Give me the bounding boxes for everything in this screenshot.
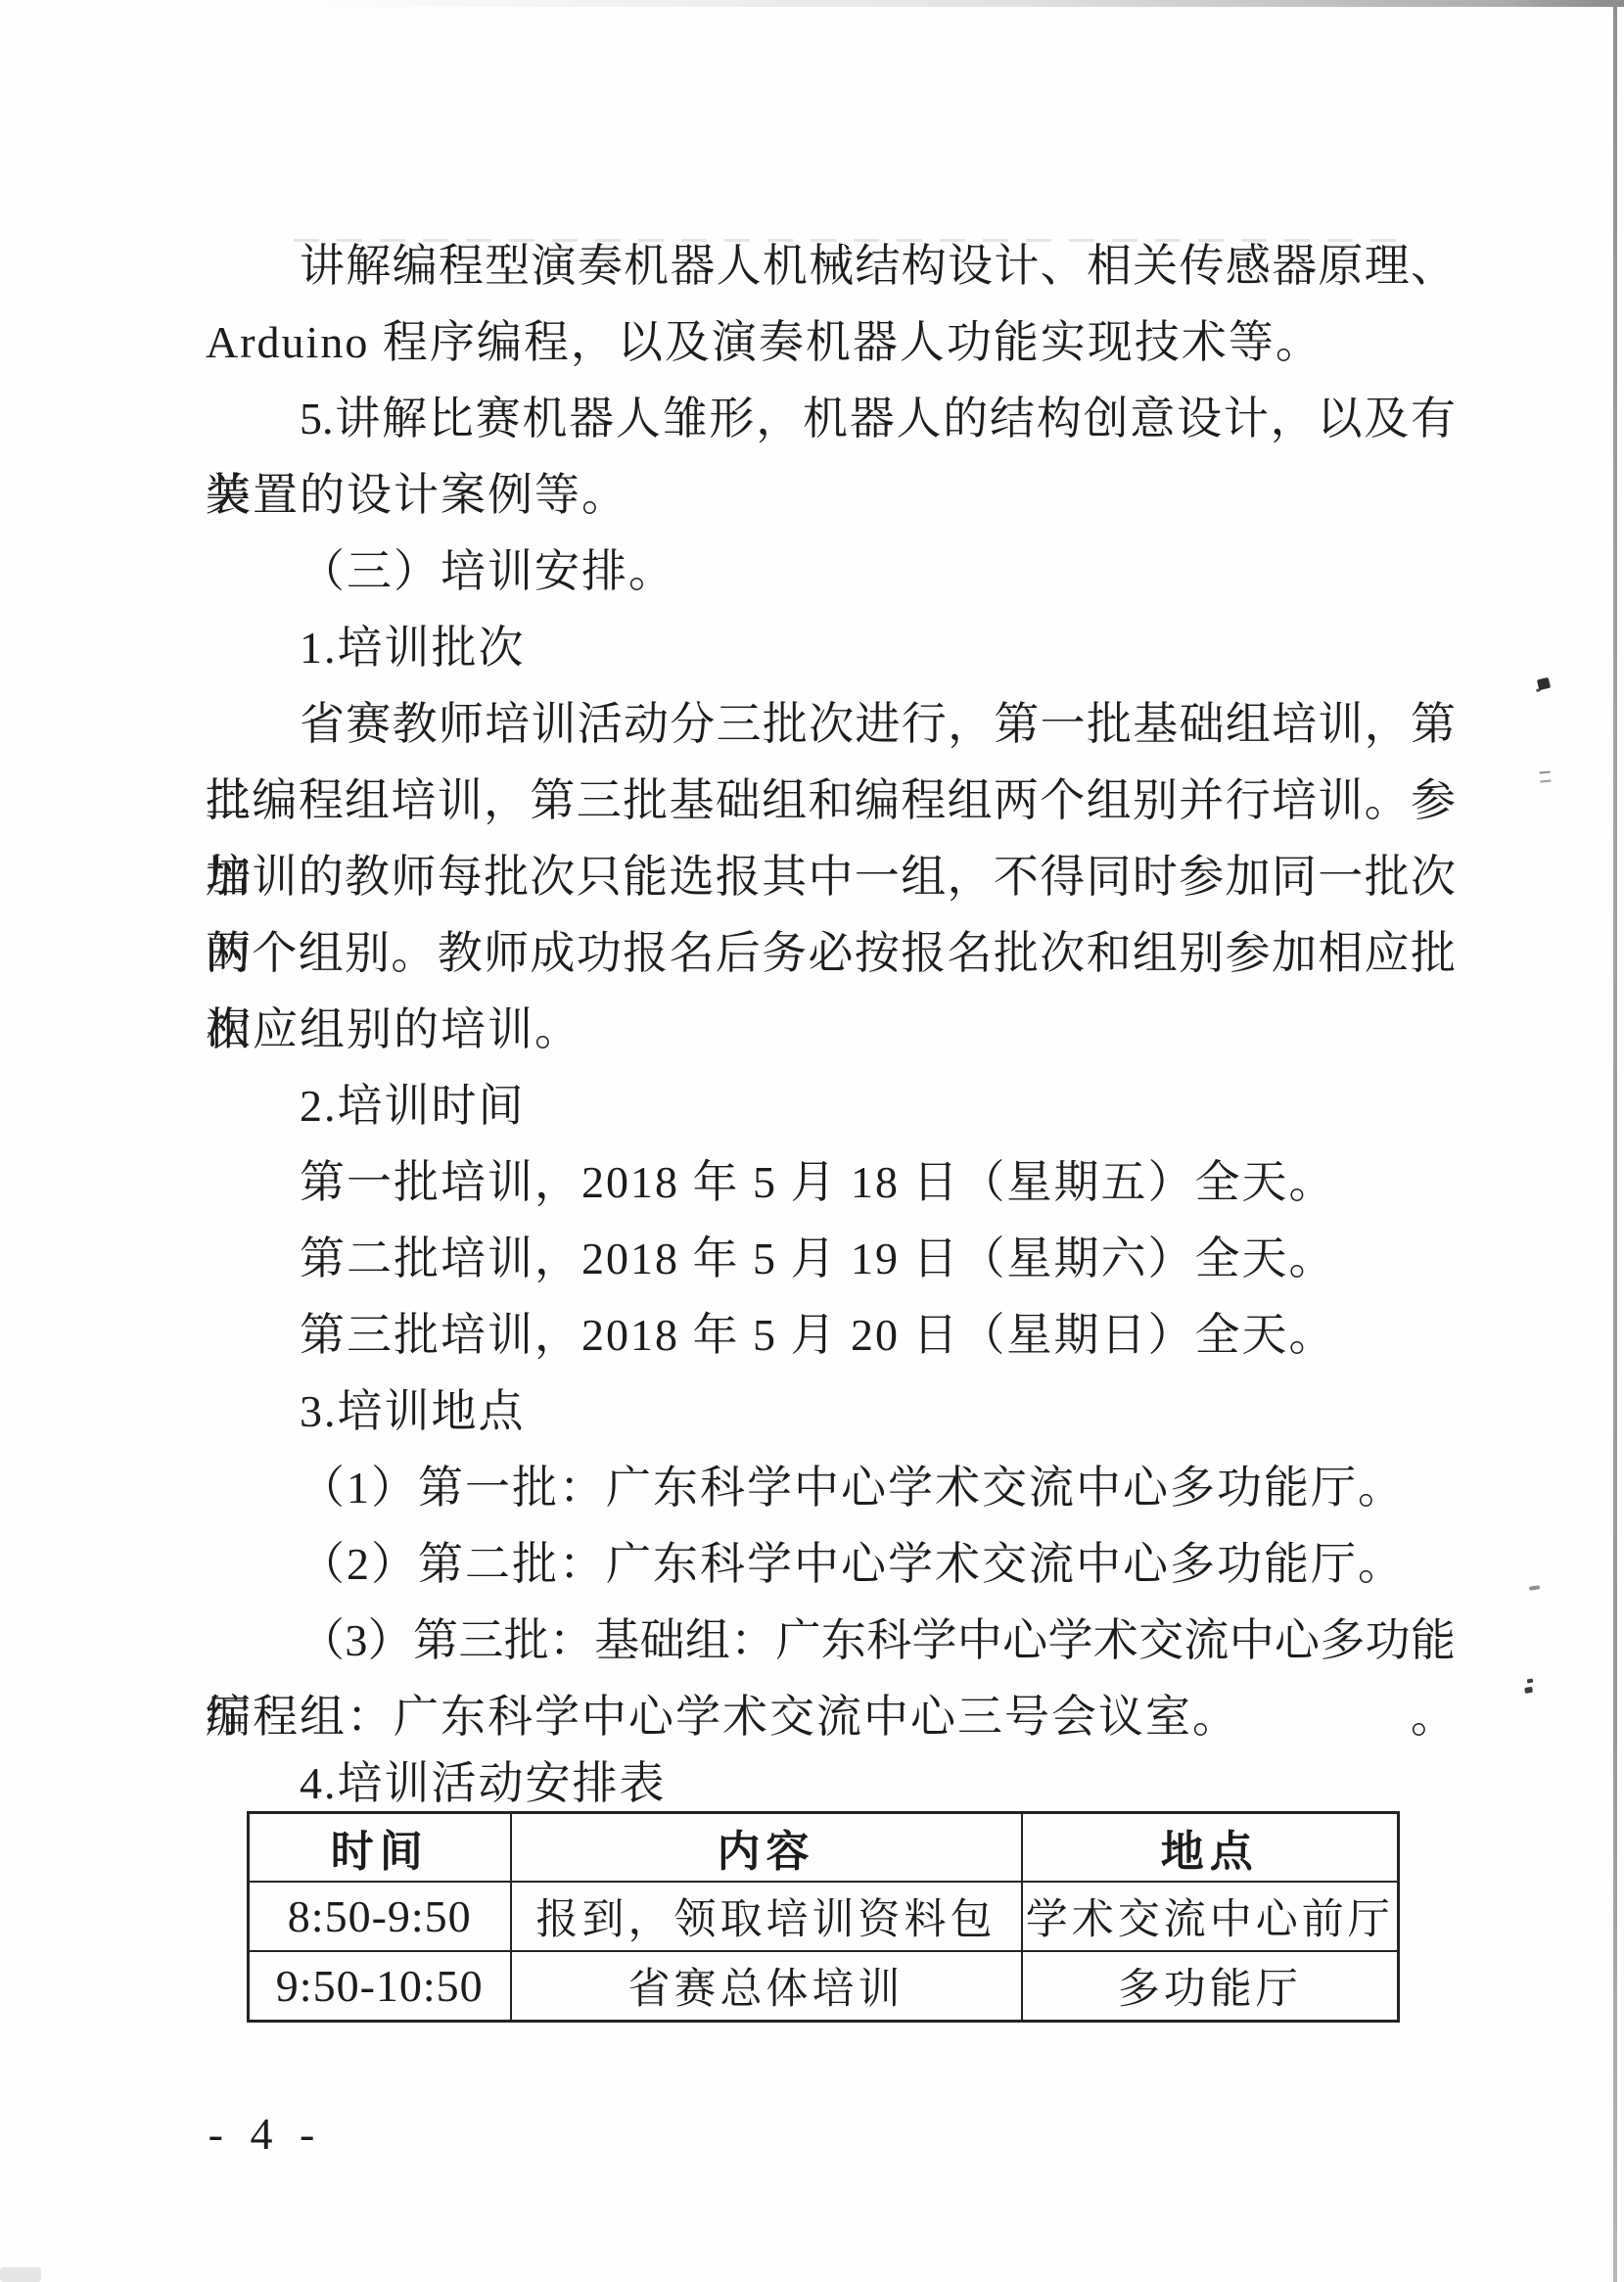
paragraph-line: 培训的教师每批次只能选报其中一组，不得同时参加同一批次的 (206, 839, 1456, 915)
table-row: 8:50-9:50 报到，领取培训资料包 学术交流中心前厅 (249, 1882, 1399, 1951)
paragraph-line: 两个组别。教师成功报名后务必按报名批次和组别参加相应批次 (206, 915, 1456, 992)
scan-speck (1527, 1679, 1534, 1684)
location-line-1: （1）第一批：广东科学中心学术交流中心多功能厅。 (206, 1450, 1456, 1526)
paragraph-line: 装置的设计案例等。 (206, 457, 1456, 534)
location-line-2: （2）第二批：广东科学中心学术交流中心多功能厅。 (206, 1526, 1456, 1603)
table-cell-time: 9:50-10:50 (249, 1951, 511, 2022)
paragraph-line: 相应组别的培训。 (206, 992, 1456, 1068)
table-cell-time: 8:50-9:50 (249, 1882, 511, 1951)
table-cell-content: 报到，领取培训资料包 (511, 1882, 1022, 1951)
table-cell-content: 省赛总体培训 (511, 1951, 1022, 2022)
location-line-3: （3）第三批：基础组：广东科学中心学术交流中心多功能厅。 (206, 1603, 1456, 1679)
scan-speck (1540, 771, 1552, 783)
training-date-line-3: 第三批培训，2018 年 5 月 20 日（星期日）全天。 (206, 1297, 1456, 1374)
table-header-time: 时间 (249, 1813, 511, 1883)
scan-right-edge-line (1613, 0, 1617, 2282)
scan-corner-mark (0, 2267, 41, 2282)
table-row: 9:50-10:50 省赛总体培训 多功能厅 (249, 1951, 1399, 2022)
subsection-4-heading: 4.培训活动安排表 (206, 1755, 1456, 1811)
paragraph-line: Arduino 程序编程，以及演奏机器人功能实现技术等。 (206, 304, 1456, 381)
paragraph-line: 讲解编程型演奏机器人机械结构设计、相关传感器原理、 (206, 228, 1456, 304)
scan-speck (1537, 677, 1551, 691)
table-header-row: 时间 内容 地点 (249, 1813, 1399, 1883)
training-schedule-table: 时间 内容 地点 8:50-9:50 报到，领取培训资料包 学术交流中心前厅 9… (247, 1811, 1400, 2023)
table-header-content: 内容 (511, 1813, 1022, 1883)
section-3-heading: （三）培训安排。 (206, 534, 1456, 610)
subsection-1-heading: 1.培训批次 (206, 610, 1456, 686)
paragraph-line: 批编程组培训，第三批基础组和编程组两个组别并行培训。参加 (206, 763, 1456, 839)
paragraph-line-item-5: 5.讲解比赛机器人雏形，机器人的结构创意设计，以及有关 (206, 381, 1456, 457)
table-header-location: 地点 (1022, 1813, 1399, 1883)
document-body: 讲解编程型演奏机器人机械结构设计、相关传感器原理、 Arduino 程序编程，以… (206, 228, 1456, 2023)
page-number: - 4 - (201, 2105, 328, 2164)
scanned-document-page: 讲解编程型演奏机器人机械结构设计、相关传感器原理、 Arduino 程序编程，以… (0, 0, 1624, 2282)
paragraph-line: 省赛教师培训活动分三批次进行，第一批基础组培训，第二 (206, 686, 1456, 763)
scan-top-edge-shadow (294, 0, 1624, 7)
scan-speck (1529, 1585, 1540, 1590)
training-date-line-1: 第一批培训，2018 年 5 月 18 日（星期五）全天。 (206, 1144, 1456, 1221)
table-cell-location: 学术交流中心前厅 (1022, 1882, 1399, 1951)
table-cell-location: 多功能厅 (1022, 1951, 1399, 2022)
subsection-3-heading: 3.培训地点 (206, 1374, 1456, 1450)
training-date-line-2: 第二批培训，2018 年 5 月 19 日（星期六）全天。 (206, 1221, 1456, 1297)
subsection-2-heading: 2.培训时间 (206, 1068, 1456, 1144)
